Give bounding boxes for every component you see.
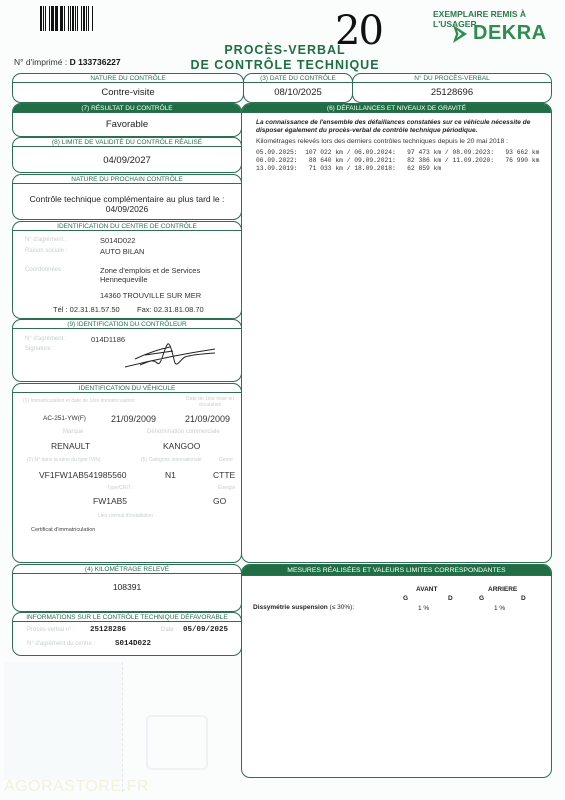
validity-label: (8) LIMITE DE VALIDITÉ DU CONTRÔLE RÉALI… bbox=[13, 138, 241, 147]
validity-value: 04/09/2027 bbox=[13, 147, 241, 166]
defavorable-box: INFORMATIONS SUR LE CONTRÔLE TECHNIQUE D… bbox=[12, 612, 242, 656]
controleur-label: (9) IDENTIFICATION DU CONTRÔLEUR bbox=[13, 320, 241, 329]
date-label: (3) DATE DU CONTRÔLE bbox=[244, 74, 352, 83]
lieu-label: Lieu normal d'installation bbox=[98, 513, 153, 519]
brand-name: DEKRA bbox=[473, 22, 547, 45]
centre-box: IDENTIFICATION DU CENTRE DE CONTRÔLE N° … bbox=[12, 221, 242, 319]
centre-raison-label: Raison sociale : bbox=[25, 248, 67, 254]
type-value: FW1AB5 bbox=[93, 496, 127, 506]
vin-label: (2) N° dans la série du type (VIN) bbox=[27, 457, 101, 463]
watermark: AGORASTORE.FR bbox=[4, 778, 149, 796]
arriere-value: 1 % bbox=[494, 605, 505, 612]
kilometrage-value: 108391 bbox=[13, 574, 241, 592]
dissymetrie-limit: (≤ 30%): bbox=[330, 604, 355, 611]
certificat-label: Certificat d'immatriculation bbox=[31, 527, 95, 533]
centre-agrement-label: N° d'agrément : bbox=[25, 237, 67, 243]
immat-date: 21/09/2009 bbox=[111, 414, 156, 424]
nature-value: Contre-visite bbox=[13, 83, 243, 98]
vin-value: VF1FW1AB541985560 bbox=[39, 470, 126, 480]
centre-agrement-value: S014D022 bbox=[100, 236, 135, 245]
first-circ-value: 21/09/2009 bbox=[185, 414, 230, 424]
km-history-intro: Kilométrages relevés lors des derniers c… bbox=[256, 138, 537, 145]
imprime-label: N° d'imprimé : bbox=[14, 57, 67, 67]
marque-value: RENAULT bbox=[51, 441, 90, 451]
result-label: (7) RÉSULTAT DU CONTRÔLE bbox=[13, 104, 241, 113]
genre-label: Genre bbox=[219, 457, 233, 463]
immat-label: (1) Immatriculation et date de 1ère imma… bbox=[23, 398, 134, 404]
controleur-agrement-label: N° d'agrément : bbox=[25, 336, 67, 342]
dissymetrie-label: Dissymétrie suspension (≤ 30%): bbox=[253, 604, 354, 611]
pv-number-label: N° DU PROCÈS-VERBAL bbox=[353, 74, 551, 83]
date-value: 08/10/2025 bbox=[244, 83, 352, 98]
centre-raison-value: AUTO BILAN bbox=[100, 247, 144, 256]
kilometrage-box: (4) KILOMÉTRAGE RELEVÉ 108391 bbox=[12, 564, 242, 612]
denomination-value: KANGOO bbox=[163, 441, 200, 451]
avant-label: AVANT bbox=[416, 586, 437, 593]
denomination-label: Dénomination commerciale bbox=[147, 429, 220, 435]
nature-label: NATURE DU CONTRÔLE bbox=[13, 74, 243, 83]
marque-label: Marque bbox=[63, 429, 83, 435]
avant-d-label: D bbox=[448, 595, 453, 602]
defavorable-label: INFORMATIONS SUR LE CONTRÔLE TECHNIQUE D… bbox=[13, 613, 241, 622]
next-control-box: NATURE DU PROCHAIN CONTRÔLE Contrôle tec… bbox=[12, 174, 242, 220]
barcode-bar bbox=[93, 6, 94, 31]
first-circ-label: Date de 1ère mise en circulation bbox=[181, 396, 239, 408]
next-control-label: NATURE DU PROCHAIN CONTRÔLE bbox=[13, 175, 241, 184]
defaillances-notice-2: disposer également du procès-verbal de c… bbox=[256, 127, 537, 135]
centre-fax: Fax: 02.31.81.08.70 bbox=[137, 305, 204, 314]
energie-label: Énergie bbox=[218, 485, 235, 491]
defavorable-pv-label: Procès-verbal n° : bbox=[27, 627, 75, 633]
next-control-text: Contrôle technique complémentaire au plu… bbox=[13, 194, 241, 204]
date-controle-box: (3) DATE DU CONTRÔLE 08/10/2025 bbox=[243, 73, 353, 103]
mesures-label: MESURES RÉALISÉES ET VALEURS LIMITES COR… bbox=[242, 565, 551, 576]
centre-phone: Tél : 02.31.81.57.50 bbox=[53, 305, 120, 314]
defaillances-box: (6) DÉFAILLANCES ET NIVEAUX DE GRAVITÉ L… bbox=[241, 103, 552, 563]
vehicle-box: IDENTIFICATION DU VÉHICULE (1) Immatricu… bbox=[12, 383, 242, 563]
pv-number-value: 25128696 bbox=[353, 83, 551, 98]
stamp-area bbox=[4, 662, 122, 780]
defavorable-centre-label: N° d'agrément du centre : bbox=[27, 641, 95, 647]
result-value: Favorable bbox=[13, 113, 241, 130]
avant-value: 1 % bbox=[418, 605, 429, 612]
photo-frame bbox=[146, 715, 208, 770]
arriere-g-label: G bbox=[479, 595, 484, 602]
arriere-label: ARRIERE bbox=[488, 586, 517, 593]
type-label: Type/CNIT bbox=[107, 485, 131, 491]
pv-number-box: N° DU PROCÈS-VERBAL 25128696 bbox=[352, 73, 552, 103]
barcode bbox=[40, 6, 146, 31]
title-line-1: PROCÈS-VERBAL bbox=[190, 43, 380, 58]
dekra-chevron-icon bbox=[452, 24, 468, 44]
immat-value: AC-251-YW(F) bbox=[43, 415, 86, 422]
centre-coordonnees-label: Coordonnées : bbox=[25, 267, 64, 273]
imprime-number: N° d'imprimé : D 133736227 bbox=[14, 57, 121, 67]
kilometrage-label: (4) KILOMÉTRAGE RELEVÉ bbox=[13, 565, 241, 574]
dissymetrie-name: Dissymétrie suspension bbox=[253, 604, 328, 611]
energie-value: GO bbox=[213, 496, 226, 506]
mesures-box: MESURES RÉALISÉES ET VALEURS LIMITES COR… bbox=[241, 564, 552, 778]
signature-label: Signature : bbox=[25, 346, 54, 352]
centre-address-3: 14360 TROUVILLE SUR MER bbox=[100, 291, 201, 300]
defavorable-pv-value: 25128286 bbox=[90, 626, 126, 634]
km-history-table: 05.09.2025: 107 022 km / 06.09.2024: 97 … bbox=[256, 149, 537, 173]
defavorable-date-value: 05/09/2025 bbox=[183, 626, 228, 634]
genre-value: CTTE bbox=[213, 470, 235, 480]
defavorable-centre-value: S014D022 bbox=[115, 640, 151, 648]
dekra-logo: DEKRA bbox=[452, 22, 547, 45]
defaillances-label: (6) DÉFAILLANCES ET NIVEAUX DE GRAVITÉ bbox=[242, 104, 551, 113]
centre-label: IDENTIFICATION DU CENTRE DE CONTRÔLE bbox=[13, 222, 241, 231]
arriere-d-label: D bbox=[521, 595, 526, 602]
avant-g-label: G bbox=[403, 595, 408, 602]
title-line-2: DE CONTRÔLE TECHNIQUE bbox=[190, 58, 380, 73]
divider bbox=[122, 662, 123, 792]
next-control-date: 04/09/2026 bbox=[13, 204, 241, 214]
defaillances-notice-1: La connaissance de l'ensemble des défail… bbox=[256, 119, 537, 127]
page-title: PROCÈS-VERBAL DE CONTRÔLE TECHNIQUE bbox=[190, 43, 380, 73]
imprime-value: D 133736227 bbox=[70, 57, 121, 67]
signature bbox=[115, 337, 225, 372]
defavorable-date-label: Date : bbox=[161, 627, 177, 633]
centre-address-1: Zone d'emplois et de Services bbox=[100, 266, 200, 275]
nature-controle-box: NATURE DU CONTRÔLE Contre-visite bbox=[12, 73, 244, 103]
centre-address-2: Hennequeville bbox=[100, 275, 148, 284]
categorie-label: (5) Catégorie internationale bbox=[141, 457, 202, 463]
categorie-value: N1 bbox=[165, 470, 176, 480]
validity-box: (8) LIMITE DE VALIDITÉ DU CONTRÔLE RÉALI… bbox=[12, 137, 242, 173]
vehicle-label: IDENTIFICATION DU VÉHICULE bbox=[13, 384, 241, 393]
result-box: (7) RÉSULTAT DU CONTRÔLE Favorable bbox=[12, 103, 242, 137]
